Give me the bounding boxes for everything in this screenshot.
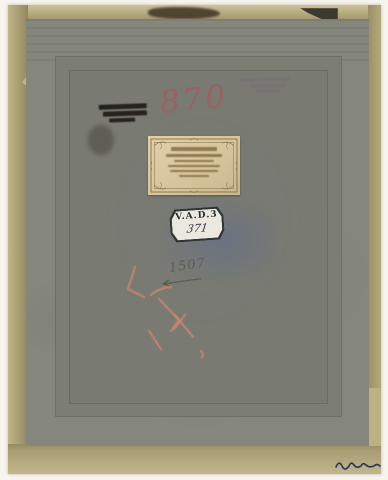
engraved-mounters-label (148, 136, 240, 195)
vad-inventory-stamp: V.A.D.3 371 (169, 206, 225, 243)
red-chalk-scribbles (103, 257, 228, 372)
blue-handwritten-mark (334, 457, 382, 473)
board-streaks (26, 19, 369, 61)
label-text-line (171, 147, 217, 151)
stamp-text-line (103, 110, 147, 117)
stamp-text-line (250, 84, 286, 88)
ink-smudge (88, 125, 114, 155)
label-text-line (166, 154, 222, 157)
black-collection-stamp (95, 101, 154, 129)
stamp-text-line (109, 118, 135, 123)
label-text-line (168, 165, 220, 167)
photograph-page: 870 V.A.D.3 371 (0, 0, 388, 480)
label-text-line (174, 160, 214, 162)
stamp-text-line (240, 78, 290, 82)
tape-strip-left (8, 5, 28, 474)
artwork-verso-photo: 870 V.A.D.3 371 (8, 5, 381, 474)
faint-violet-stamp (240, 75, 296, 104)
vad-stamp-face: V.A.D.3 371 (171, 208, 223, 240)
red-chalk-number: 870 (158, 75, 242, 125)
label-engraved-text (162, 147, 226, 180)
vad-stamp-number: 371 (172, 221, 223, 236)
stamp-text-line (99, 103, 147, 110)
label-text-line (179, 175, 209, 177)
label-text-line (170, 170, 218, 172)
tape-strip-bottom (8, 444, 381, 474)
stamp-text-line (256, 90, 280, 93)
dark-smudge-top (148, 7, 220, 19)
